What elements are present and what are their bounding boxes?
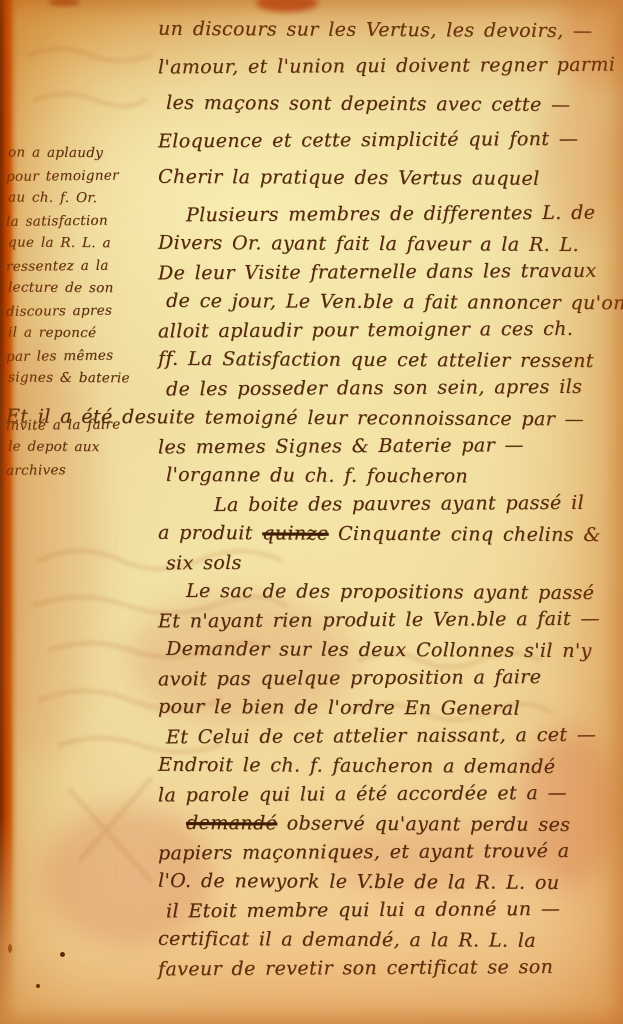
text-segment: Eloquence et cette simplicité qui font — — [158, 128, 578, 153]
text-segment: a produit — [158, 522, 262, 545]
text-segment: les maçons sont depeints avec cette — — [166, 92, 571, 116]
text-segment: la satisfaction — [6, 212, 108, 229]
manuscript-line: il Etoit membre qui lui a donné un — — [152, 898, 619, 930]
manuscript-line: avoit pas quelque proposition a faire — [152, 666, 619, 698]
text-segment: Et Celui de cet attelier naissant, a cet… — [166, 724, 596, 749]
text-segment: alloit aplaudir pour temoigner a ces ch. — [158, 318, 573, 343]
text-segment: lecture de son — [8, 279, 114, 296]
margin-note-line: lecture de son — [8, 279, 156, 303]
text-segment: Cinquante cinq chelins & — [329, 523, 601, 546]
text-segment: de ce jour, Le Ven.ble a fait annoncer q… — [166, 290, 623, 314]
text-segment: archives — [6, 462, 66, 479]
manuscript-line: l'organne du ch. f. foucheron — [152, 464, 619, 495]
text-segment: Le sac de des propositions ayant passé — [186, 580, 594, 604]
text-segment: signes & baterie — [8, 369, 130, 386]
margin-note-line: il a reponcé — [8, 324, 156, 348]
text-segment: que la R. L. a — [8, 234, 111, 251]
text-segment: un discours sur les Vertus, les devoirs,… — [158, 18, 593, 42]
text-segment: on a aplaudy — [8, 144, 103, 161]
text-segment: Et il a été desuite temoigné leur reconn… — [6, 405, 584, 430]
text-segment: Cherir la pratique des Vertus auquel — [158, 166, 540, 190]
text-segment: discours apres — [6, 302, 112, 319]
manuscript-page: on a aplaudypour temoignerau ch. f. Or.l… — [0, 0, 623, 1024]
manuscript-line: certificat il a demandé, a la R. L. la — [152, 928, 619, 959]
manuscript-line: demandé observé qu'ayant perdu ses — [152, 812, 619, 843]
text-segment: les memes Signes & Baterie par — — [158, 434, 524, 458]
manuscript-line: pour le bien de l'ordre En General — [152, 696, 619, 727]
text-segment: Et n'ayant rien produit le Ven.ble a fai… — [158, 608, 600, 633]
ink-blot — [36, 984, 40, 988]
manuscript-line: La boite des pauvres ayant passé il — [152, 492, 619, 524]
text-segment: certificat il a demandé, a la R. L. la — [158, 928, 536, 952]
manuscript-line: a produit quinze Cinquante cinq chelins … — [152, 522, 619, 553]
text-segment: Plusieurs membres de differentes L. de — [186, 202, 596, 227]
text-segment: il Etoit membre qui lui a donné un — — [166, 898, 560, 922]
margin-note-line: au ch. f. Or. — [8, 189, 156, 213]
manuscript-line: l'O. de newyork le V.ble de la R. L. ou — [152, 870, 619, 901]
text-segment: observé qu'ayant perdu ses — [277, 812, 570, 836]
text-segment: au ch. f. Or. — [8, 189, 97, 206]
manuscript-line: de ce jour, Le Ven.ble a fait annoncer q… — [152, 290, 619, 321]
margin-note-line: signes & baterie — [8, 369, 156, 393]
text-segment: par les mêmes — [6, 347, 114, 364]
manuscript-line: ff. La Satisfaction que cet attelier res… — [152, 348, 619, 379]
text-segment: pour le bien de l'ordre En General — [158, 696, 520, 720]
red-ink-dash — [48, 0, 80, 6]
margin-note-line: on a aplaudy — [8, 144, 156, 168]
manuscript-line: Endroit le ch. f. faucheron a demandé — [152, 754, 619, 785]
margin-note-line: que la R. L. a — [8, 234, 156, 258]
margin-note-line: pour temoigner — [6, 167, 154, 191]
red-ink-smudge — [256, 0, 318, 12]
manuscript-line: un discours sur les Vertus, les devoirs,… — [152, 18, 619, 57]
text-segment: de les posseder dans son sein, apres ils — [166, 376, 582, 401]
manuscript-line: papiers maçonniques, et ayant trouvé a — [152, 840, 619, 872]
text-segment: faveur de revetir son certificat se son — [158, 956, 553, 980]
struck-word: demandé — [186, 812, 277, 834]
margin-note-line: la satisfaction — [6, 212, 154, 236]
manuscript-line: faveur de revetir son certificat se son — [152, 956, 619, 988]
margin-note-line: le depot aux — [8, 438, 156, 462]
text-segment: ressentez a la — [6, 257, 109, 274]
manuscript-line: Cherir la pratique des Vertus auquel — [152, 166, 619, 205]
body-lines: un discours sur les Vertus, les devoirs,… — [152, 18, 619, 986]
manuscript-line: six sols — [152, 550, 619, 582]
text-segment: avoit pas quelque proposition a faire — [158, 666, 542, 690]
text-segment: l'O. de newyork le V.ble de la R. L. ou — [158, 870, 560, 894]
manuscript-line: Plusieurs membres de differentes L. de — [152, 202, 619, 234]
margin-note-line: archives — [6, 461, 154, 485]
manuscript-line: les maçons sont depeints avec cette — — [152, 92, 619, 131]
manuscript-line: Eloquence et cette simplicité qui font — — [152, 128, 619, 168]
text-segment: De leur Visite fraternelle dans les trav… — [158, 260, 597, 285]
text-segment: Endroit le ch. f. faucheron a demandé — [158, 754, 555, 778]
manuscript-line: Et n'ayant rien produit le Ven.ble a fai… — [152, 608, 619, 640]
text-segment: six sols — [166, 552, 242, 574]
ink-blot — [8, 944, 12, 953]
manuscript-line: Le sac de des propositions ayant passé — [152, 580, 619, 611]
manuscript-line: l'amour, et l'union qui doivent regner p… — [152, 54, 619, 94]
text-segment: l'amour, et l'union qui doivent regner p… — [158, 54, 615, 79]
manuscript-line: Divers Or. ayant fait la faveur a la R. … — [152, 232, 619, 263]
text-segment: la parole qui lui a été accordée et a — — [158, 782, 567, 806]
ink-blot — [60, 952, 65, 957]
text-segment: le depot aux — [8, 438, 100, 455]
text-segment: l'organne du ch. f. foucheron — [166, 464, 468, 488]
manuscript-line: la parole qui lui a été accordée et a — — [152, 782, 619, 814]
manuscript-line: Et Celui de cet attelier naissant, a cet… — [152, 724, 619, 756]
manuscript-line: alloit aplaudir pour temoigner a ces ch. — [152, 318, 619, 350]
manuscript-line: Demander sur les deux Collonnes s'il n'y — [152, 638, 619, 669]
text-segment: il a reponcé — [8, 324, 96, 341]
text-segment: Demander sur les deux Collonnes s'il n'y — [166, 638, 592, 662]
text-segment: La boite des pauvres ayant passé il — [214, 492, 584, 516]
margin-note-line: discours apres — [6, 302, 154, 326]
text-segment: papiers maçonniques, et ayant trouvé a — [158, 840, 570, 865]
margin-note-line: ressentez a la — [6, 257, 154, 281]
manuscript-line: de les posseder dans son sein, apres ils — [152, 376, 619, 408]
text-segment: Divers Or. ayant fait la faveur a la R. … — [158, 232, 579, 256]
margin-note-line: par les mêmes — [6, 347, 154, 371]
text-segment: ff. La Satisfaction que cet attelier res… — [158, 348, 594, 372]
manuscript-line: De leur Visite fraternelle dans les trav… — [152, 260, 619, 292]
manuscript-line: Et il a été desuite temoigné leur reconn… — [4, 405, 619, 437]
struck-word: quinze — [262, 522, 328, 544]
manuscript-line: les memes Signes & Baterie par — — [152, 434, 619, 466]
text-segment: pour temoigner — [6, 167, 119, 184]
